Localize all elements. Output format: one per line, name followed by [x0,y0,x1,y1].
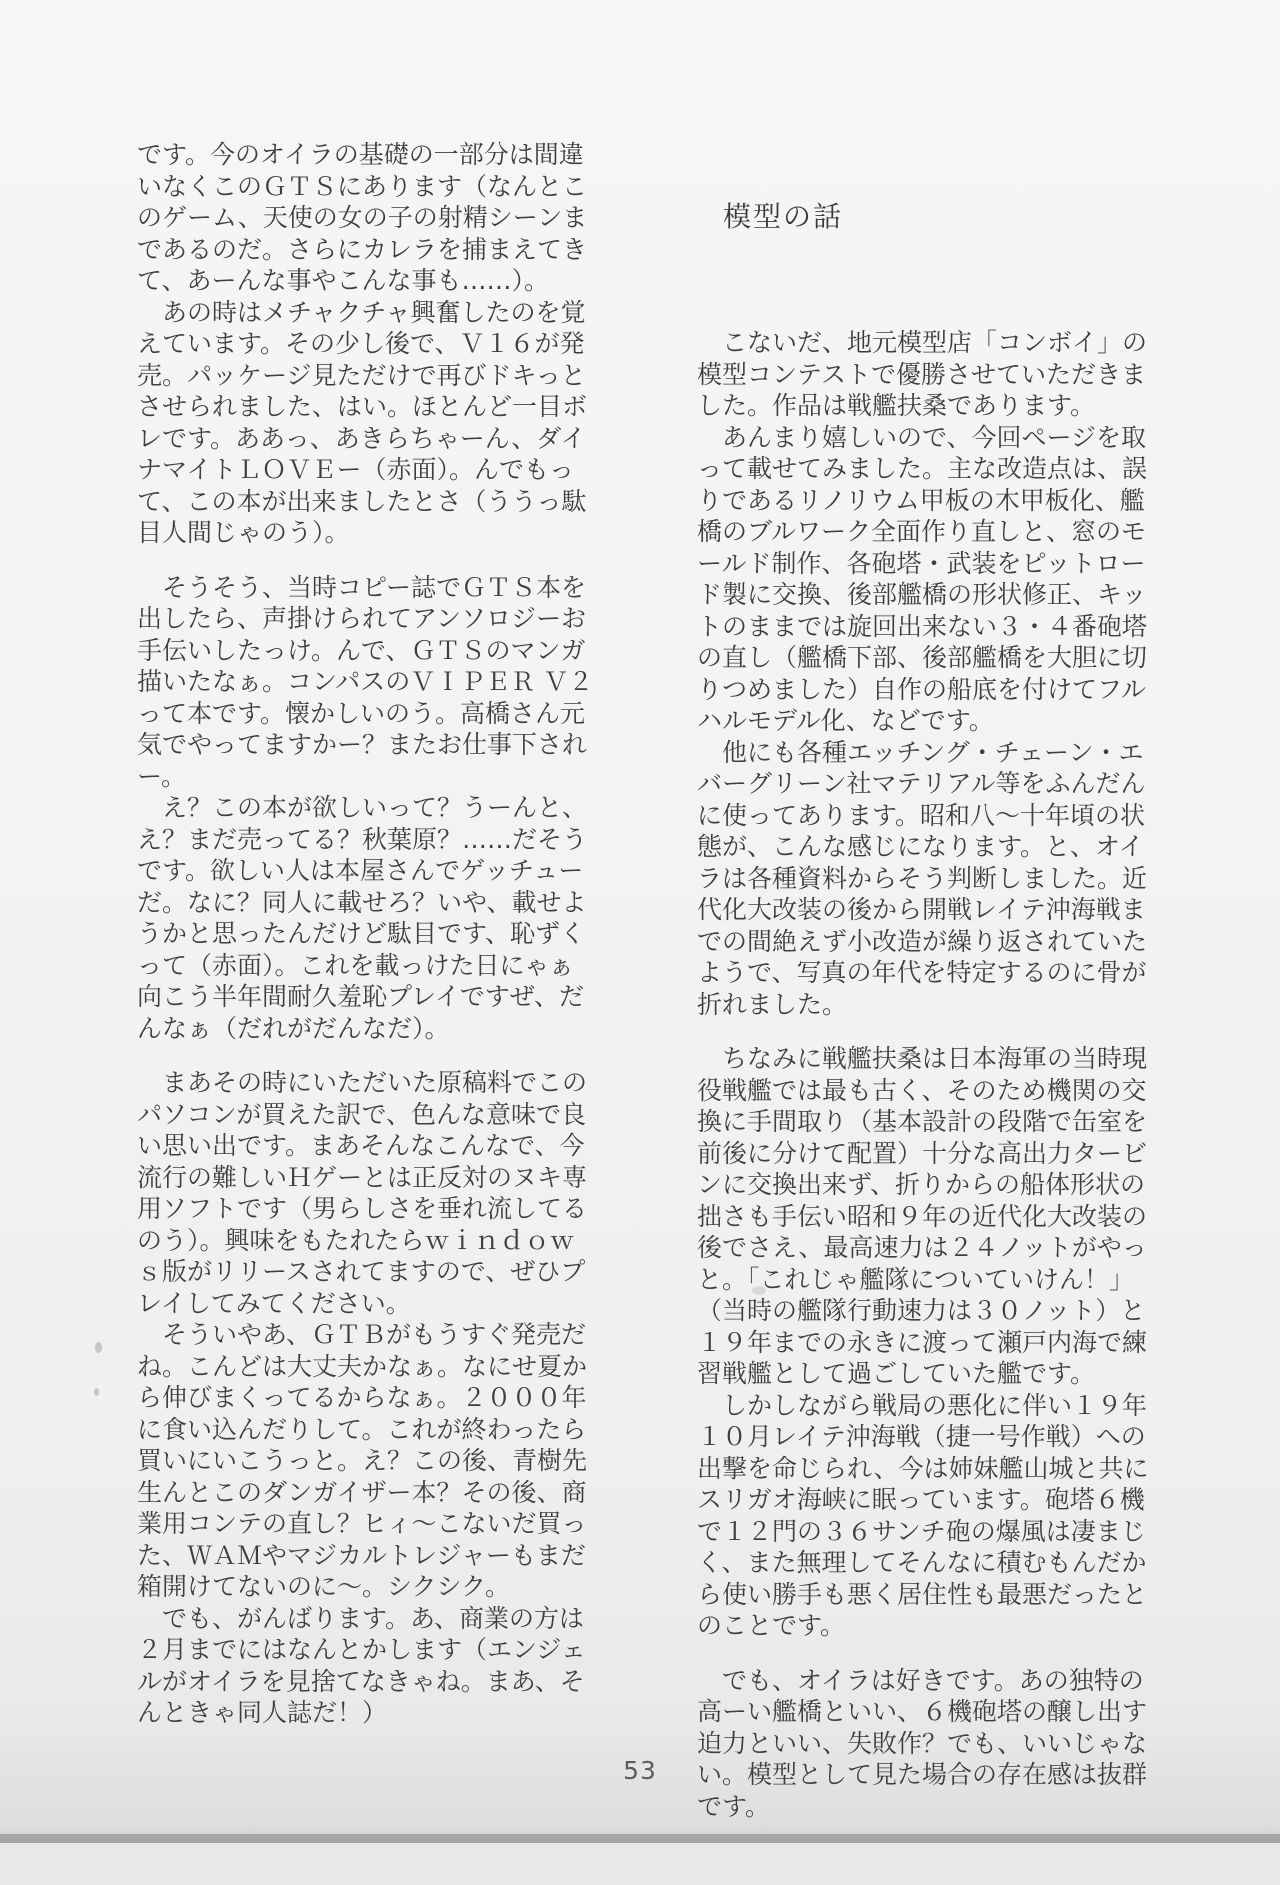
text-line: 習戦艦として過ごしていた艦です。 [697,1358,1197,1390]
paragraph-block: でも、オイラは好きです。あの独特の高ーい艦橋といい、６機砲塔の醸し出す迫力といい… [697,1665,1197,1823]
text-line: だ。なに？同人に載せろ？いや、載せよ [137,887,637,919]
text-line: ド製に交換、後部艦橋の形状修正、キッ [697,579,1197,611]
text-line: ハルモデル化、などです。 [697,705,1197,737]
text-line: え？この本が欲しいって？うーんと、 [137,792,637,824]
text-line: 模型コンテストで優勝させていただきま [697,359,1197,391]
scan-edge-strip [0,1834,1280,1843]
text-line: ようで、写真の年代を特定するのに骨が [697,957,1197,989]
text-line: そうそう、当時コピー誌でＧＴＳ本を [137,572,637,604]
text-line: と。「これじゃ艦隊についていけん！」 [697,1264,1197,1296]
paragraph-block: です。今のオイラの基礎の一部分は間違いなくこのＧＴＳにあります（なんとこのゲーム… [137,139,637,549]
text-line: んなぁ（だれがだんなだ）。 [137,1013,637,1045]
text-line: に使ってあります。昭和八〜十年頃の状 [697,800,1197,832]
text-line: 役戦艦では最も古く、そのため機関の交 [697,1075,1197,1107]
text-line: く、また無理してそんなに積むもんだか [697,1547,1197,1579]
text-line: って本です。懐かしいのう。高橋さん元 [137,698,637,730]
text-line: ら伸びまくってるからなぁ。２０００年 [137,1382,637,1414]
text-line: であるのだ。さらにカレラを捕まえてき [137,234,637,266]
text-line: ね。こんどは大丈夫かなぁ。なにせ夏か [137,1351,637,1383]
text-line: 折れました。 [697,989,1197,1021]
text-line: そういやあ、ＧＴＢがもうすぐ発売だ [137,1319,637,1351]
text-line: 生んとこのダンガイザー本？その後、商 [137,1477,637,1509]
text-line: 手伝いしたっけ。んで、ＧＴＳのマンガ [137,635,637,667]
text-line: 拙さも手伝い昭和９年の近代化大改装の [697,1201,1197,1233]
left-text-column: です。今のオイラの基礎の一部分は間違いなくこのＧＴＳにあります（なんとこのゲーム… [137,139,637,1729]
text-line: 描いたなぁ。コンパスのＶＩＰＥＲ Ｖ２ [137,666,637,698]
text-line: て、この本が出来ましたとさ（ううっ駄 [137,486,637,518]
text-line: た、ＷＡＭやマジカルトレジャーもまだ [137,1540,637,1572]
text-line: 流行の難しいＨゲーとは正反対のヌキ専 [137,1162,637,1194]
section-heading: 模型の話 [723,196,1197,238]
text-line: 高ーい艦橋といい、６機砲塔の醸し出す [697,1696,1197,1728]
text-line: って（赤面）。これを載っけた日にゃぁ [137,950,637,982]
text-line: い思い出です。まあそんなこんなで、今 [137,1130,637,1162]
text-line: って載せてみました。主な改造点は、誤 [697,453,1197,485]
text-line: ちなみに戦艦扶桑は日本海軍の当時現 [697,1043,1197,1075]
text-line: 用ソフトです（男らしさを垂れ流してる [137,1193,637,1225]
text-line: １０月レイテ沖海戦（捷一号作戦）への [697,1421,1197,1453]
text-line: え？まだ売ってる？秋葉原？……だそう [137,824,637,856]
text-line: のことです。 [697,1610,1197,1642]
text-line: 箱開けてないのに〜。シクシク。 [137,1571,637,1603]
paragraph-block: まあその時にいただいた原稿料でこのパソコンが買えた訳で、色んな意味で良い思い出で… [137,1067,637,1729]
right-text-column: 模型の話 こないだ、地元模型店「コンボイ」の模型コンテストで優勝させていただきま… [697,133,1197,1843]
paragraph-block: こないだ、地元模型店「コンボイ」の模型コンテストで優勝させていただきました。作品… [697,327,1197,1020]
text-line: りであるリノリウム甲板の木甲板化、艦 [697,485,1197,517]
text-line: させられました、はい。ほとんど一目ボ [137,391,637,423]
text-line: です。 [697,1791,1197,1823]
text-line: ナマイトＬＯＶＥー（赤面）。んでもっ [137,454,637,486]
text-line: のゲーム、天使の女の子の射精シーンま [137,202,637,234]
text-line: 出したら、声掛けられてアンソロジーお [137,603,637,635]
text-line: （当時の艦隊行動速力は３０ノット）と [697,1295,1197,1327]
text-line: パソコンが買えた訳で、色んな意味で良 [137,1099,637,1131]
text-line: 迫力といい、失敗作？でも、いいじゃな [697,1728,1197,1760]
text-line: の直し（艦橋下部、後部艦橋を大胆に切 [697,642,1197,674]
text-line: に食い込んだりして。これが終わったら [137,1414,637,1446]
paragraph-block: そうそう、当時コピー誌でＧＴＳ本を出したら、声掛けられてアンソロジーお手伝いした… [137,572,637,1045]
paragraph-block: ちなみに戦艦扶桑は日本海軍の当時現役戦艦では最も古く、そのため機関の交換に手間取… [697,1043,1197,1642]
text-line: での間絶えず小改造が繰り返されていた [697,926,1197,958]
text-line: 代化大改装の後から開戦レイテ沖海戦ま [697,894,1197,926]
text-line: ２月までにはなんとかします（エンジェ [137,1634,637,1666]
scanned-page: です。今のオイラの基礎の一部分は間違いなくこのＧＴＳにあります（なんとこのゲーム… [0,0,1280,1843]
text-line: 他にも各種エッチング・チェーン・エ [697,737,1197,769]
text-line: ら使い勝手も悪く居住性も最悪だったと [697,1579,1197,1611]
text-line: て、あーんな事やこんな事も……）。 [137,265,637,297]
text-line: 買いにいこうっと。え？この後、青樹先 [137,1445,637,1477]
text-line: で１２門の３６サンチ砲の爆風は凄まじ [697,1516,1197,1548]
text-line: うかと思ったんだけど駄目です、恥ずく [137,918,637,950]
text-line: こないだ、地元模型店「コンボイ」の [697,327,1197,359]
scan-speck [752,1286,766,1295]
text-line: バーグリーン社マテリアル等をふんだん [697,768,1197,800]
text-line: レです。ああっ、あきらちゃーん、ダイ [137,423,637,455]
text-line: しかしながら戦局の悪化に伴い１９年 [697,1390,1197,1422]
text-line: えています。その少し後で、Ｖ１６が発 [137,328,637,360]
text-line: でも、がんばります。あ、商業の方は [137,1603,637,1635]
text-line: でも、オイラは好きです。あの独特の [697,1665,1197,1697]
text-line: トのままでは旋回出来ない３・４番砲塔 [697,611,1197,643]
text-line: 売。パッケージ見ただけで再びドキっと [137,360,637,392]
scan-speck [94,1388,99,1396]
text-line: いなくこのＧＴＳにあります（なんとこ [137,171,637,203]
scan-speck [95,1342,102,1353]
text-line: 業用コンテの直し？ヒィ〜こないだ買っ [137,1508,637,1540]
text-line: 換に手間取り（基本設計の段階で缶室を [697,1106,1197,1138]
text-line: 出撃を命じられ、今は姉妹艦山城と共に [697,1453,1197,1485]
text-line: 目人間じゃのう）。 [137,517,637,549]
text-line: ンに交換出来ず、折りからの船体形状の [697,1169,1197,1201]
text-line: ルがオイラを見捨てなきゃね。まあ、そ [137,1666,637,1698]
text-line: まあその時にいただいた原稿料でこの [137,1067,637,1099]
text-line: あの時はメチャクチャ興奮したのを覚 [137,297,637,329]
text-line: あんまり嬉しいので、今回ページを取 [697,422,1197,454]
text-line: スリガオ海峡に眠っています。砲塔６機 [697,1484,1197,1516]
text-line: 気でやってますかー？またお仕事下され [137,729,637,761]
text-line: ールド制作、各砲塔・武装をピットロー [697,548,1197,580]
page-number: 53 [0,1756,1280,1785]
text-line: です。欲しい人は本屋さんでゲッチュー [137,855,637,887]
text-line: 前後に分けて配置）十分な高出力タービ [697,1138,1197,1170]
text-line: ラは各種資料からそう判断しました。近 [697,863,1197,895]
right-column-body: こないだ、地元模型店「コンボイ」の模型コンテストで優勝させていただきました。作品… [697,327,1197,1822]
text-line: りつめました）自作の船底を付けてフル [697,674,1197,706]
text-line: レイしてみてください。 [137,1288,637,1320]
text-line: した。作品は戦艦扶桑であります。 [697,390,1197,422]
text-line: ー。 [137,761,637,793]
text-line: 態が、こんな感じになります。と、オイ [697,831,1197,863]
text-line: １９年までの永きに渡って瀬戸内海で練 [697,1327,1197,1359]
text-line: です。今のオイラの基礎の一部分は間違 [137,139,637,171]
text-line: んときゃ同人誌だ！） [137,1697,637,1729]
text-line: 橋のブルワーク全面作り直しと、窓のモ [697,516,1197,548]
text-line: のう）。興味をもたれたらｗｉｎｄｏｗ [137,1225,637,1257]
text-line: ｓ版がリリースされてますので、ぜひプ [137,1256,637,1288]
text-line: 後でさえ、最高速力は２４ノットがやっ [697,1232,1197,1264]
text-line: 向こう半年間耐久羞恥プレイですぜ、だ [137,981,637,1013]
